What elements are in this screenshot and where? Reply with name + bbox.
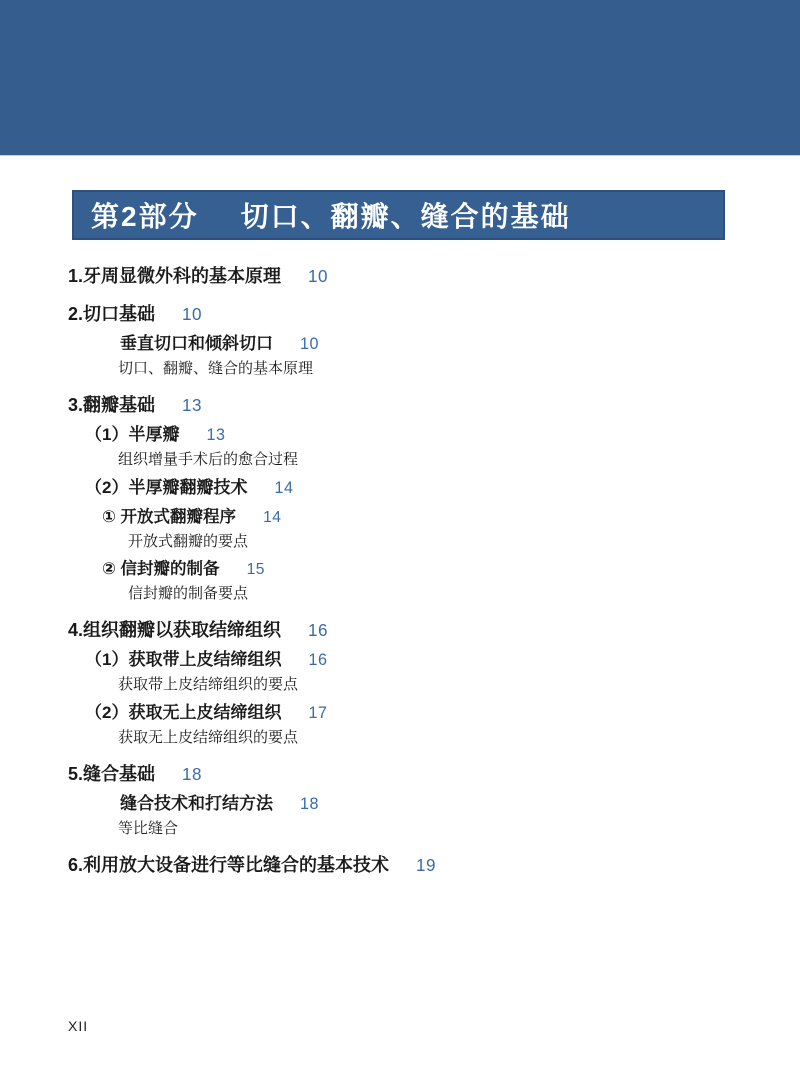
toc-entry-label: ① 开放式翻瓣程序 xyxy=(102,506,236,529)
toc-entry-label: 垂直切口和倾斜切口 xyxy=(120,332,273,355)
section-title-bar: 第2部分 切口、翻瓣、缝合的基础 xyxy=(72,190,725,240)
toc-entry: 等比缝合 xyxy=(68,818,738,839)
toc-entry-page-number: 16 xyxy=(308,619,328,642)
toc-entry: （2）半厚瓣翻瓣技术14 xyxy=(68,476,738,500)
toc-entry: 1.牙周显微外科的基本原理10 xyxy=(68,265,738,288)
toc-entry: 组织增量手术后的愈合过程 xyxy=(68,449,738,470)
toc-entry-label: 1.牙周显微外科的基本原理 xyxy=(68,265,281,288)
toc-entry-label: 信封瓣的制备要点 xyxy=(128,583,248,604)
toc-entry-page-number: 19 xyxy=(416,854,436,877)
toc-entry: 缝合技术和打结方法18 xyxy=(68,792,738,816)
toc-entry-page-number: 18 xyxy=(182,763,202,786)
toc-entry-label: 获取无上皮结缔组织的要点 xyxy=(118,727,298,748)
book-page: 第2部分 切口、翻瓣、缝合的基础 1.牙周显微外科的基本原理102.切口基础10… xyxy=(0,0,800,1086)
toc-entry-label: （1）获取带上皮结缔组织 xyxy=(85,648,281,671)
top-color-band xyxy=(0,0,800,156)
toc-entry: 5.缝合基础18 xyxy=(68,763,738,786)
toc-entry-label: 4.组织翻瓣以获取结缔组织 xyxy=(68,619,281,642)
toc-entry-page-number: 18 xyxy=(300,793,319,816)
toc-entry-label: 获取带上皮结缔组织的要点 xyxy=(118,674,298,695)
toc-entry-page-number: 15 xyxy=(247,558,265,581)
toc-entry-label: 5.缝合基础 xyxy=(68,763,155,786)
toc-entry-page-number: 16 xyxy=(308,649,327,672)
toc-entry: 垂直切口和倾斜切口10 xyxy=(68,332,738,356)
toc-entry: （2）获取无上皮结缔组织17 xyxy=(68,701,738,725)
toc-entry-label: 组织增量手术后的愈合过程 xyxy=(118,449,298,470)
toc-entry-label: ② 信封瓣的制备 xyxy=(102,558,220,581)
toc-entry-label: （1）半厚瓣 xyxy=(85,423,179,446)
toc-entry: 3.翻瓣基础13 xyxy=(68,394,738,417)
toc-entry: 切口、翻瓣、缝合的基本原理 xyxy=(68,358,738,379)
toc-entry: ① 开放式翻瓣程序14 xyxy=(68,506,738,529)
toc-entry-label: （2）获取无上皮结缔组织 xyxy=(85,701,281,724)
toc-entry: 获取无上皮结缔组织的要点 xyxy=(68,727,738,748)
toc-entry-page-number: 14 xyxy=(263,506,281,529)
toc-entry-page-number: 13 xyxy=(182,394,202,417)
footer-page-number: XII xyxy=(68,1018,88,1034)
toc-entry-label: 切口、翻瓣、缝合的基本原理 xyxy=(118,358,313,379)
toc-entry-label: 等比缝合 xyxy=(118,818,178,839)
toc-entry: 信封瓣的制备要点 xyxy=(68,583,738,604)
toc-entry: 获取带上皮结缔组织的要点 xyxy=(68,674,738,695)
toc-entry-page-number: 17 xyxy=(308,702,327,725)
toc-entry-page-number: 10 xyxy=(182,303,202,326)
toc-entry-label: 缝合技术和打结方法 xyxy=(120,792,273,815)
toc-entry-label: 2.切口基础 xyxy=(68,303,155,326)
toc-entry-label: 3.翻瓣基础 xyxy=(68,394,155,417)
toc-entry: 6.利用放大设备进行等比缝合的基本技术19 xyxy=(68,854,738,877)
toc-entry: 2.切口基础10 xyxy=(68,303,738,326)
part-number-label: 第2部分 xyxy=(91,195,199,235)
toc-entry: 开放式翻瓣的要点 xyxy=(68,531,738,552)
toc-entry-page-number: 14 xyxy=(274,477,293,500)
toc-entry-page-number: 13 xyxy=(206,424,225,447)
toc-entry-page-number: 10 xyxy=(308,265,328,288)
toc-entry-page-number: 10 xyxy=(300,333,319,356)
table-of-contents: 1.牙周显微外科的基本原理102.切口基础10垂直切口和倾斜切口10切口、翻瓣、… xyxy=(68,265,738,877)
toc-entry: （1）半厚瓣13 xyxy=(68,423,738,447)
toc-entry-label: （2）半厚瓣翻瓣技术 xyxy=(85,476,247,499)
toc-entry: （1）获取带上皮结缔组织16 xyxy=(68,648,738,672)
toc-entry: ② 信封瓣的制备15 xyxy=(68,558,738,581)
toc-entry: 4.组织翻瓣以获取结缔组织16 xyxy=(68,619,738,642)
toc-entry-label: 6.利用放大设备进行等比缝合的基本技术 xyxy=(68,854,389,877)
toc-entry-label: 开放式翻瓣的要点 xyxy=(128,531,248,552)
part-title: 切口、翻瓣、缝合的基础 xyxy=(241,195,571,235)
